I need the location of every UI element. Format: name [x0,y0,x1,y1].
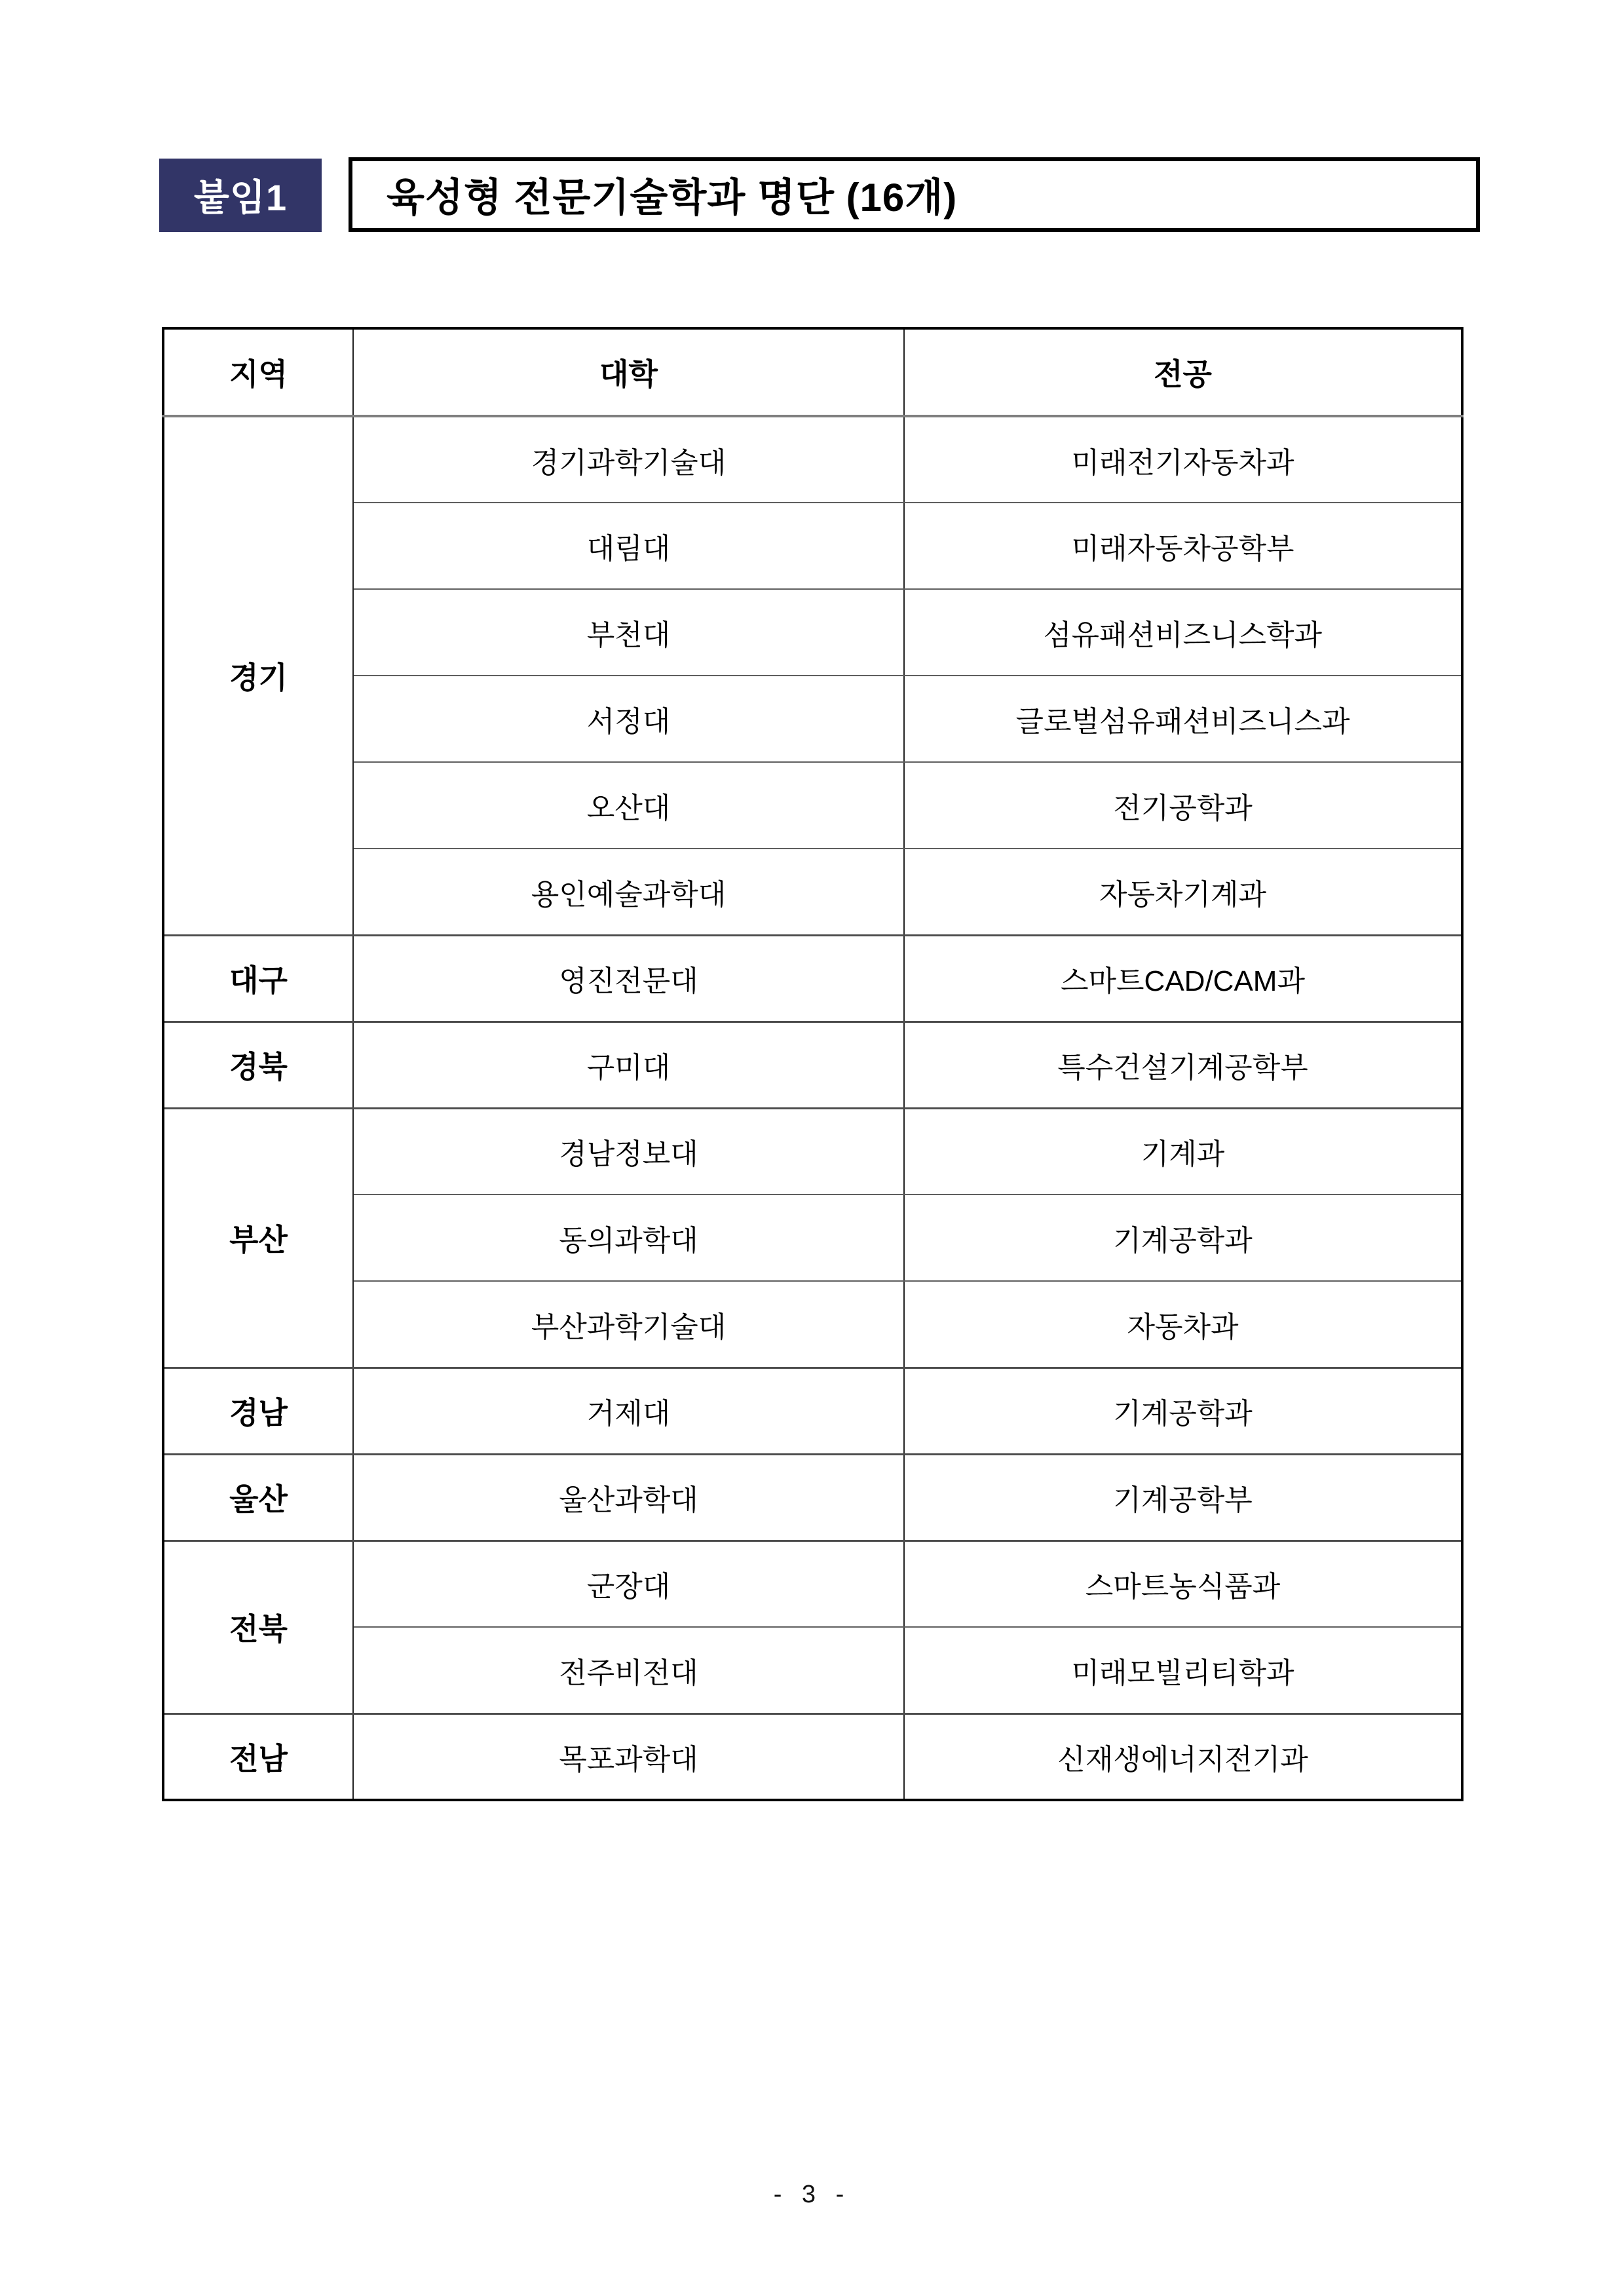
table-container: 지역 대학 전공 경기 경기과학기술대 미래전기자동차과 대림대 미래자동차공학… [162,327,1461,1801]
table-row: 경북 구미대 특수건설기계공학부 [163,1022,1462,1108]
major-cell: 신재생에너지전기과 [904,1713,1462,1800]
region-cell-busan: 부산 [163,1108,353,1368]
major-cell: 특수건설기계공학부 [904,1022,1462,1108]
university-cell: 울산과학대 [353,1454,904,1540]
university-cell: 서정대 [353,676,904,762]
region-cell-gyeongnam: 경남 [163,1368,353,1454]
table-row: 부산과학기술대 자동차과 [163,1281,1462,1368]
major-cell: 섬유패션비즈니스학과 [904,589,1462,676]
major-cell: 스마트CAD/CAM과 [904,935,1462,1022]
page-title: 육성형 전문기술학과 명단 (16개) [387,166,957,223]
table-row: 대구 영진전문대 스마트CAD/CAM과 [163,935,1462,1022]
table-row: 전북 군장대 스마트농식품과 [163,1540,1462,1627]
major-cell: 기계과 [904,1108,1462,1195]
attachment-badge: 붙임1 [159,159,322,232]
table-row: 부천대 섬유패션비즈니스학과 [163,589,1462,676]
university-cell: 목포과학대 [353,1713,904,1800]
major-cell: 스마트농식품과 [904,1540,1462,1627]
major-cell: 기계공학과 [904,1368,1462,1454]
university-cell: 영진전문대 [353,935,904,1022]
major-cell: 기계공학과 [904,1195,1462,1281]
major-cell: 전기공학과 [904,762,1462,849]
column-header-major: 전공 [904,328,1462,416]
major-cell: 미래모빌리티학과 [904,1627,1462,1713]
attachment-badge-label: 붙임1 [194,169,287,221]
table-row: 오산대 전기공학과 [163,762,1462,849]
region-cell-ulsan: 울산 [163,1454,353,1540]
university-cell: 부천대 [353,589,904,676]
university-cell: 전주비전대 [353,1627,904,1713]
university-cell: 군장대 [353,1540,904,1627]
region-cell-gyeonggi: 경기 [163,416,353,935]
university-cell: 구미대 [353,1022,904,1108]
table-row: 용인예술과학대 자동차기계과 [163,849,1462,935]
table-row: 부산 경남정보대 기계과 [163,1108,1462,1195]
university-cell: 부산과학기술대 [353,1281,904,1368]
table-header-row: 지역 대학 전공 [163,328,1462,416]
university-cell: 경기과학기술대 [353,416,904,503]
major-cell: 자동차기계과 [904,849,1462,935]
region-cell-jeonbuk: 전북 [163,1540,353,1713]
column-header-region: 지역 [163,328,353,416]
table-row: 대림대 미래자동차공학부 [163,503,1462,589]
university-cell: 경남정보대 [353,1108,904,1195]
major-cell: 자동차과 [904,1281,1462,1368]
page-number: - 3 - [0,2181,1624,2209]
university-cell: 대림대 [353,503,904,589]
university-cell: 오산대 [353,762,904,849]
university-cell: 동의과학대 [353,1195,904,1281]
table-row: 경기 경기과학기술대 미래전기자동차과 [163,416,1462,503]
university-cell: 용인예술과학대 [353,849,904,935]
table-row: 전주비전대 미래모빌리티학과 [163,1627,1462,1713]
major-cell: 글로벌섬유패션비즈니스과 [904,676,1462,762]
region-cell-gyeongbuk: 경북 [163,1022,353,1108]
table-row: 서정대 글로벌섬유패션비즈니스과 [163,676,1462,762]
table-row: 경남 거제대 기계공학과 [163,1368,1462,1454]
major-cell: 미래자동차공학부 [904,503,1462,589]
region-cell-daegu: 대구 [163,935,353,1022]
major-cell: 미래전기자동차과 [904,416,1462,503]
major-cell: 기계공학부 [904,1454,1462,1540]
university-cell: 거제대 [353,1368,904,1454]
column-header-university: 대학 [353,328,904,416]
table-row: 울산 울산과학대 기계공학부 [163,1454,1462,1540]
region-cell-jeonnam: 전남 [163,1713,353,1800]
title-box: 육성형 전문기술학과 명단 (16개) [349,157,1480,232]
document-page: 붙임1 육성형 전문기술학과 명단 (16개) 지역 대학 전공 경기 경기과학… [0,0,1624,2296]
table-row: 전남 목포과학대 신재생에너지전기과 [163,1713,1462,1800]
department-table: 지역 대학 전공 경기 경기과학기술대 미래전기자동차과 대림대 미래자동차공학… [162,327,1463,1801]
table-row: 동의과학대 기계공학과 [163,1195,1462,1281]
